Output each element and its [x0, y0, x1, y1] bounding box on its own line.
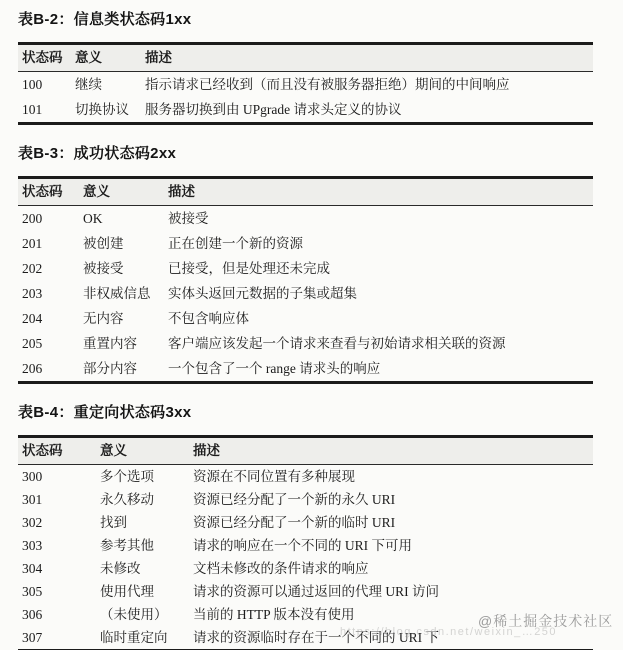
table-row: 204无内容不包含响应体: [18, 306, 593, 331]
cell-description: 文档未修改的条件请求的响应: [189, 557, 593, 580]
cell-description: 已接受，但是处理还未完成: [164, 256, 593, 281]
table-body-1xx: 100继续指示请求已经收到（而且没有被服务器拒绝）期间的中间响应101切换协议服…: [18, 72, 593, 124]
cell-status-code: 302: [18, 511, 96, 534]
section-status-2xx: 表B-3：成功状态码2xx 状态码 意义 描述 200OK被接受201被创建正在…: [18, 142, 623, 384]
table-row: 304未修改文档未修改的条件请求的响应: [18, 557, 593, 580]
table-row: 300多个选项资源在不同位置有多种展现: [18, 465, 593, 489]
column-header-meaning: 意义: [96, 437, 189, 465]
cell-status-code: 300: [18, 465, 96, 489]
cell-meaning: 继续: [71, 72, 141, 98]
cell-meaning: 重置内容: [79, 331, 164, 356]
column-header-meaning: 意义: [71, 44, 141, 72]
cell-description: 请求的响应在一个不同的 URI 下可用: [189, 534, 593, 557]
cell-meaning: 使用代理: [96, 580, 189, 603]
status-table-1xx: 状态码 意义 描述 100继续指示请求已经收到（而且没有被服务器拒绝）期间的中间…: [18, 42, 593, 125]
cell-status-code: 101: [18, 97, 71, 124]
column-header-meaning: 意义: [79, 178, 164, 206]
watermark-community: @稀土掘金技术社区: [478, 611, 613, 631]
cell-status-code: 200: [18, 206, 79, 232]
cell-status-code: 205: [18, 331, 79, 356]
cell-description: 指示请求已经收到（而且没有被服务器拒绝）期间的中间响应: [141, 72, 593, 98]
table-header-row: 状态码 意义 描述: [18, 437, 593, 465]
cell-meaning: 切换协议: [71, 97, 141, 124]
table-title-1xx: 表B-2：信息类状态码1xx: [18, 8, 623, 29]
table-row: 201被创建正在创建一个新的资源: [18, 231, 593, 256]
cell-meaning: 找到: [96, 511, 189, 534]
table-row: 303参考其他请求的响应在一个不同的 URI 下可用: [18, 534, 593, 557]
table-row: 206部分内容一个包含了一个 range 请求头的响应: [18, 356, 593, 383]
column-header-status-code: 状态码: [18, 178, 79, 206]
section-status-1xx: 表B-2：信息类状态码1xx 状态码 意义 描述 100继续指示请求已经收到（而…: [18, 8, 623, 125]
table-header-row: 状态码 意义 描述: [18, 44, 593, 72]
cell-meaning: 被创建: [79, 231, 164, 256]
column-header-description: 描述: [141, 44, 593, 72]
cell-status-code: 206: [18, 356, 79, 383]
table-row: 203非权威信息实体头返回元数据的子集或超集: [18, 281, 593, 306]
cell-status-code: 307: [18, 626, 96, 650]
cell-status-code: 305: [18, 580, 96, 603]
table-row: 100继续指示请求已经收到（而且没有被服务器拒绝）期间的中间响应: [18, 72, 593, 98]
cell-description: 客户端应该发起一个请求来查看与初始请求相关联的资源: [164, 331, 593, 356]
cell-meaning: 被接受: [79, 256, 164, 281]
cell-meaning: 多个选项: [96, 465, 189, 489]
status-table-2xx: 状态码 意义 描述 200OK被接受201被创建正在创建一个新的资源202被接受…: [18, 176, 593, 384]
column-header-description: 描述: [189, 437, 593, 465]
table-row: 205重置内容客户端应该发起一个请求来查看与初始请求相关联的资源: [18, 331, 593, 356]
cell-description: 一个包含了一个 range 请求头的响应: [164, 356, 593, 383]
cell-status-code: 202: [18, 256, 79, 281]
cell-meaning: （未使用）: [96, 603, 189, 626]
document-page: 表B-2：信息类状态码1xx 状态码 意义 描述 100继续指示请求已经收到（而…: [0, 0, 623, 650]
cell-description: 不包含响应体: [164, 306, 593, 331]
table-body-2xx: 200OK被接受201被创建正在创建一个新的资源202被接受已接受，但是处理还未…: [18, 206, 593, 383]
table-header-row: 状态码 意义 描述: [18, 178, 593, 206]
table-row: 302找到资源已经分配了一个新的临时 URI: [18, 511, 593, 534]
cell-meaning: 无内容: [79, 306, 164, 331]
cell-description: 正在创建一个新的资源: [164, 231, 593, 256]
cell-description: 实体头返回元数据的子集或超集: [164, 281, 593, 306]
cell-status-code: 203: [18, 281, 79, 306]
cell-description: 资源在不同位置有多种展现: [189, 465, 593, 489]
column-header-status-code: 状态码: [18, 437, 96, 465]
cell-status-code: 100: [18, 72, 71, 98]
column-header-status-code: 状态码: [18, 44, 71, 72]
table-row: 301永久移动资源已经分配了一个新的永久 URI: [18, 488, 593, 511]
cell-description: 资源已经分配了一个新的临时 URI: [189, 511, 593, 534]
table-title-3xx: 表B-4：重定向状态码3xx: [18, 401, 623, 422]
cell-status-code: 204: [18, 306, 79, 331]
table-row: 101切换协议服务器切换到由 UPgrade 请求头定义的协议: [18, 97, 593, 124]
cell-meaning: 参考其他: [96, 534, 189, 557]
table-title-2xx: 表B-3：成功状态码2xx: [18, 142, 623, 163]
cell-status-code: 306: [18, 603, 96, 626]
cell-meaning: 永久移动: [96, 488, 189, 511]
cell-description: 服务器切换到由 UPgrade 请求头定义的协议: [141, 97, 593, 124]
cell-meaning: 部分内容: [79, 356, 164, 383]
cell-description: 被接受: [164, 206, 593, 232]
cell-meaning: 未修改: [96, 557, 189, 580]
table-row: 202被接受已接受，但是处理还未完成: [18, 256, 593, 281]
cell-meaning: 临时重定向: [96, 626, 189, 650]
table-row: 200OK被接受: [18, 206, 593, 232]
cell-meaning: 非权威信息: [79, 281, 164, 306]
cell-description: 资源已经分配了一个新的永久 URI: [189, 488, 593, 511]
table-row: 305使用代理请求的资源可以通过返回的代理 URI 访问: [18, 580, 593, 603]
column-header-description: 描述: [164, 178, 593, 206]
cell-description: 请求的资源可以通过返回的代理 URI 访问: [189, 580, 593, 603]
cell-meaning: OK: [79, 206, 164, 232]
cell-status-code: 201: [18, 231, 79, 256]
cell-status-code: 303: [18, 534, 96, 557]
cell-status-code: 304: [18, 557, 96, 580]
cell-status-code: 301: [18, 488, 96, 511]
